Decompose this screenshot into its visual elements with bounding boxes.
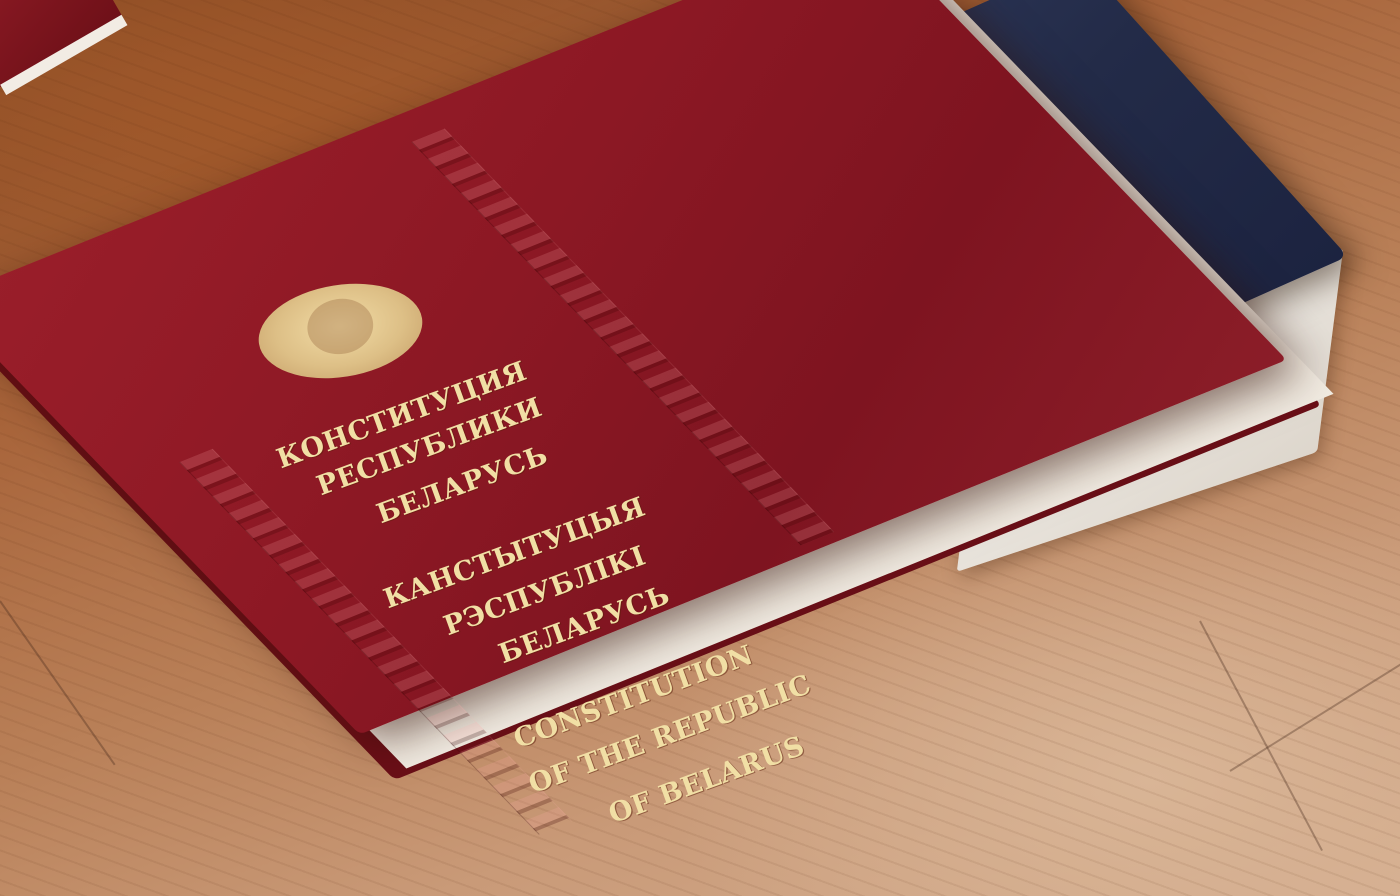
parquet-seam: [1199, 621, 1323, 852]
parquet-seam: [1229, 654, 1400, 772]
background-book-corner: [0, 0, 122, 91]
parquet-seam: [0, 600, 116, 765]
